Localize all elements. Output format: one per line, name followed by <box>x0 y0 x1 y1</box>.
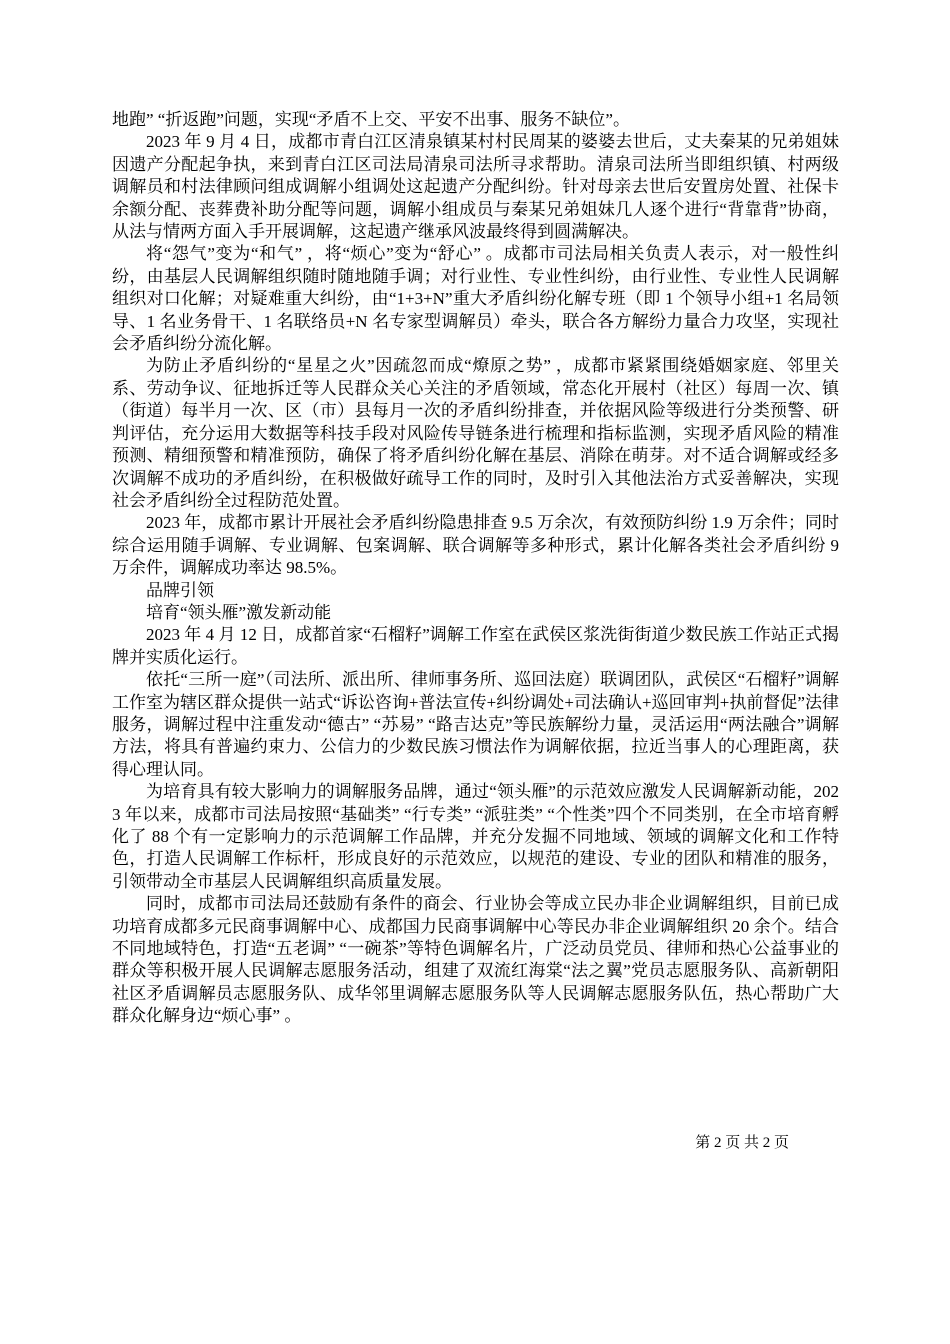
paragraph: 为防止矛盾纠纷的“星星之火”因疏忽而成“燎原之势” ，成都市紧紧围绕婚姻家庭、邻… <box>112 355 839 512</box>
document-page: 地跑” “折返跑”问题，实现“矛盾不上交、平安不出事、服务不缺位”。 2023 … <box>0 0 950 1344</box>
paragraph-continuation: 地跑” “折返跑”问题，实现“矛盾不上交、平安不出事、服务不缺位”。 <box>112 109 839 131</box>
paragraph: 为培育具有较大影响力的调解服务品牌，通过“领头雁”的示范效应激发人民调解新动能，… <box>112 781 839 893</box>
page-number: 第 2 页 共 2 页 <box>695 1135 789 1151</box>
paragraph: 2023 年 4 月 12 日，成都首家“石榴籽”调解工作室在武侯区浆洗街街道少… <box>112 624 839 669</box>
section-label: 品牌引领 <box>112 580 839 602</box>
document-body: 地跑” “折返跑”问题，实现“矛盾不上交、平安不出事、服务不缺位”。 2023 … <box>112 109 839 1028</box>
paragraph: 将“怨气”变为“和气” ，将“烦心”变为“舒心” 。成都市司法局相关负责人表示，… <box>112 243 839 355</box>
paragraph: 依托“三所一庭”（司法所、派出所、律师事务所、巡回法庭）联调团队，武侯区“石榴籽… <box>112 669 839 781</box>
paragraph: 2023 年，成都市累计开展社会矛盾纠纷隐患排查 9.5 万余次，有效预防纠纷 … <box>112 512 839 579</box>
paragraph: 2023 年 9 月 4 日，成都市青白江区清泉镇某村村民周某的婆婆去世后，丈夫… <box>112 131 839 243</box>
section-subtitle: 培育“领头雁”激发新动能 <box>112 602 839 624</box>
page-footer: 第 2 页 共 2 页 <box>695 1133 789 1153</box>
paragraph: 同时，成都市司法局还鼓励有条件的商会、行业协会等成立民办非企业调解组织，目前已成… <box>112 893 839 1027</box>
